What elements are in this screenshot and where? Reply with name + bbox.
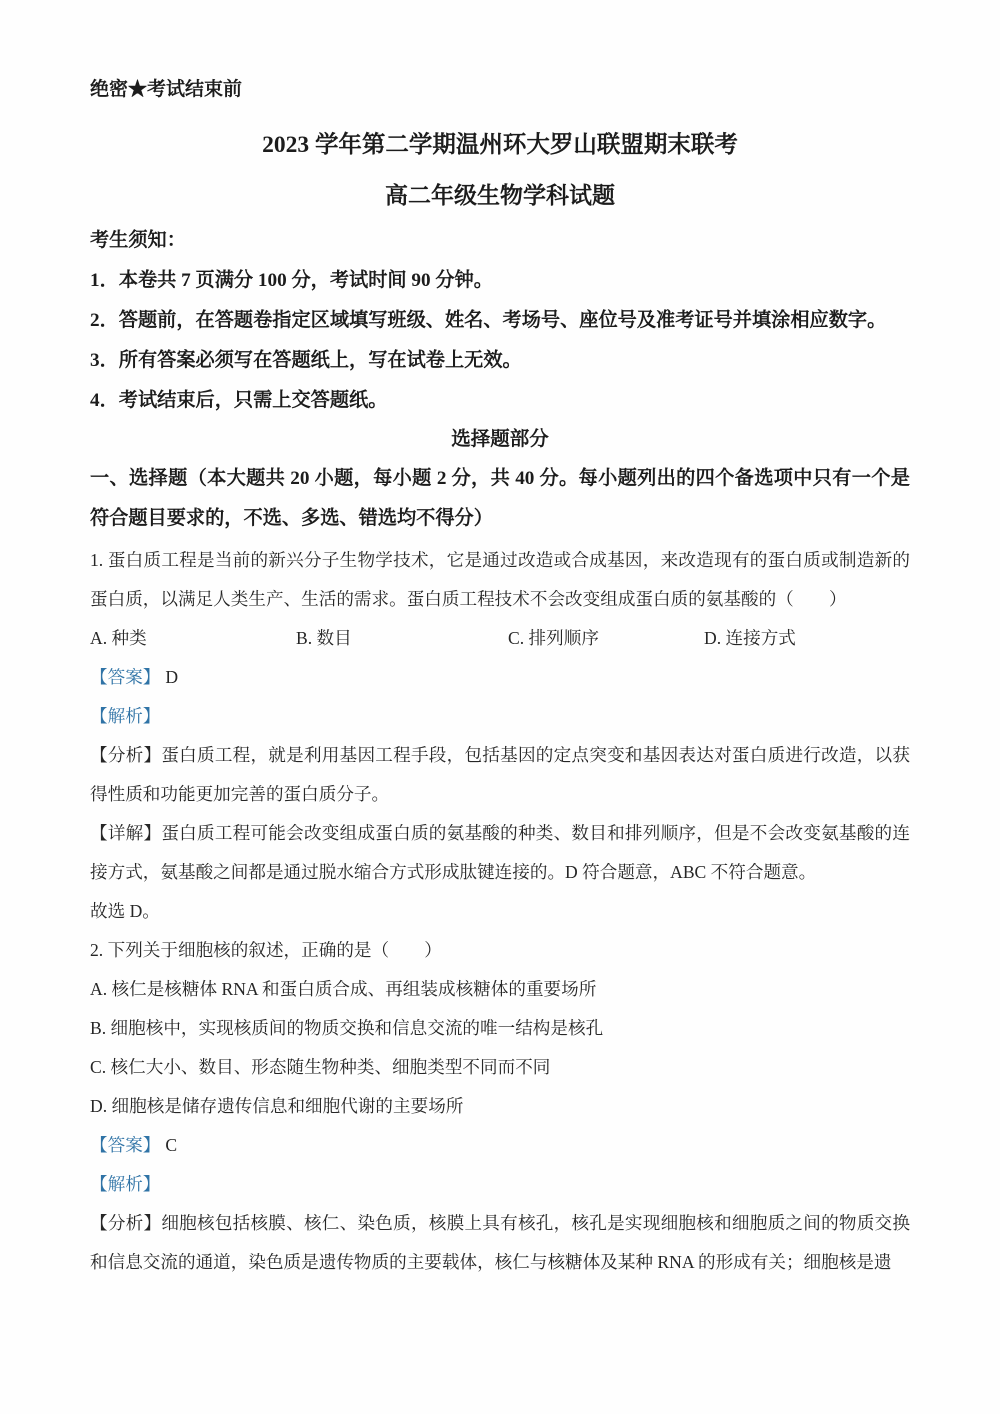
exam-subtitle: 高二年级生物学科试题 [90,181,910,211]
option-item-d: D. 连接方式 [704,619,910,658]
option-item-a: A. 核仁是核糖体 RNA 和蛋白质合成、再组装成核糖体的重要场所 [90,970,910,1009]
detail-block-text: 蛋白质工程可能会改变组成蛋白质的氨基酸的种类、数目和排列顺序，但是不会改变氨基酸… [90,823,910,882]
analysis-block-label: 【分析】 [90,745,161,765]
analysis-block-label: 【分析】 [90,1213,161,1233]
detail-paragraph: 【详解】蛋白质工程可能会改变组成蛋白质的氨基酸的种类、数目和排列顺序，但是不会改… [90,814,910,892]
answer-value: C [165,1135,177,1155]
analysis-paragraph: 【分析】蛋白质工程，就是利用基因工程手段，包括基因的定点突变和基因表达对蛋白质进… [90,736,910,814]
question-block-1: 1. 蛋白质工程是当前的新兴分子生物学技术，它是通过改造或合成基因，来改造现有的… [90,541,910,931]
conclusion-line: 故选 D。 [90,892,910,931]
answer-line: 【答案】C [90,1126,910,1165]
option-item-c: C. 核仁大小、数目、形态随生物种类、细胞类型不同而不同 [90,1048,910,1087]
section-part-heading: 选择题部分 [90,421,910,459]
notice-heading: 考生须知： [90,221,910,261]
option-item-a: A. 种类 [90,619,296,658]
exam-title: 2023 学年第二学期温州环大罗山联盟期末联考 [90,130,910,160]
security-classification: 绝密★考试结束前 [90,78,910,101]
answer-label: 【答案】 [90,1135,160,1155]
analysis-block-text: 细胞核包括核膜、核仁、染色质，核膜上具有核孔，核孔是实现细胞核和细胞质之间的物质… [90,1213,910,1272]
detail-block-label: 【详解】 [90,823,161,843]
answer-value: D [165,667,178,687]
analysis-heading-line: 【解析】 [90,697,910,736]
analysis-label: 【解析】 [90,1174,160,1194]
question-block-2: 2. 下列关于细胞核的叙述，正确的是（ ） A. 核仁是核糖体 RNA 和蛋白质… [90,931,910,1282]
section-instructions: 一、选择题（本大题共 20 小题，每小题 2 分，共 40 分。每小题列出的四个… [90,459,910,539]
notice-item-1: 1．本卷共 7 页满分 100 分，考试时间 90 分钟。 [90,261,910,301]
option-item-c: C. 排列顺序 [508,619,704,658]
notice-item-4: 4．考试结束后，只需上交答题纸。 [90,381,910,421]
question-options-row: A. 种类 B. 数目 C. 排列顺序 D. 连接方式 [90,619,910,658]
question-stem: 2. 下列关于细胞核的叙述，正确的是（ ） [90,931,910,970]
answer-label: 【答案】 [90,667,160,687]
notice-item-3: 3．所有答案必须写在答题纸上，写在试卷上无效。 [90,341,910,381]
notice-item-2: 2．答题前，在答题卷指定区域填写班级、姓名、考场号、座位号及准考证号并填涂相应数… [90,301,910,341]
question-stem: 1. 蛋白质工程是当前的新兴分子生物学技术，它是通过改造或合成基因，来改造现有的… [90,541,910,619]
exam-paper-page: 绝密★考试结束前 2023 学年第二学期温州环大罗山联盟期末联考 高二年级生物学… [0,0,1000,1414]
option-item-b: B. 数目 [296,619,508,658]
option-item-d: D. 细胞核是储存遗传信息和细胞代谢的主要场所 [90,1087,910,1126]
analysis-heading-line: 【解析】 [90,1165,910,1204]
notice-section: 考生须知： 1．本卷共 7 页满分 100 分，考试时间 90 分钟。 2．答题… [90,221,910,421]
answer-line: 【答案】D [90,658,910,697]
analysis-paragraph: 【分析】细胞核包括核膜、核仁、染色质，核膜上具有核孔，核孔是实现细胞核和细胞质之… [90,1204,910,1282]
analysis-block-text: 蛋白质工程，就是利用基因工程手段，包括基因的定点突变和基因表达对蛋白质进行改造，… [90,745,910,804]
option-item-b: B. 细胞核中，实现核质间的物质交换和信息交流的唯一结构是核孔 [90,1009,910,1048]
analysis-label: 【解析】 [90,706,160,726]
